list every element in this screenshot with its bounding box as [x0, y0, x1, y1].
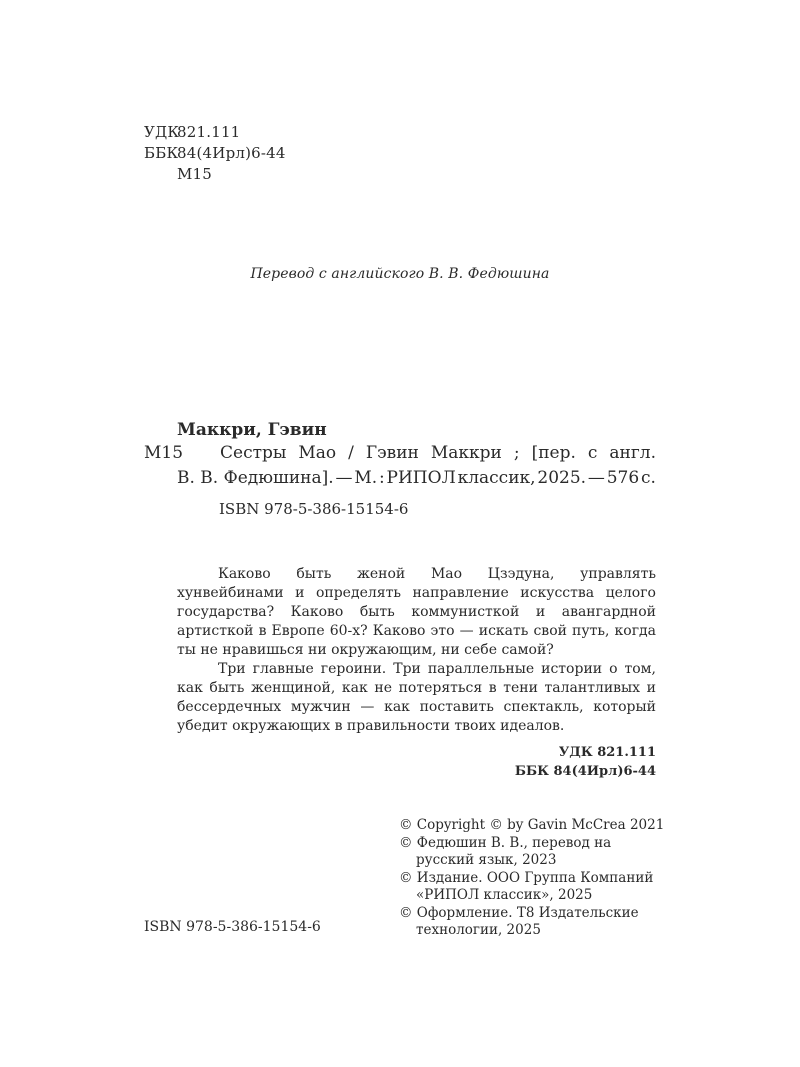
bibliographic-line-2: В. В. Федюшина].—М.:РИПОЛклассик,2025.—5…: [177, 468, 656, 488]
bibliographic-line-1: СестрыМао/ГэвинМаккри;[пер.сангл.: [220, 443, 656, 463]
copyright-original: © Copyright © by Gavin McCrea 2021: [399, 817, 669, 835]
bib-word: Мао: [298, 443, 336, 463]
isbn-bottom: ISBN 978-5-386-15154-6: [144, 919, 321, 935]
copyright-block: © Copyright © by Gavin McCrea 2021 © Фед…: [399, 817, 669, 940]
bib-word: :: [379, 468, 385, 488]
bib-word: М.: [354, 468, 377, 488]
annotation-paragraph-1: Каково быть женой Мао Цзэдуна, управлять…: [177, 565, 656, 660]
bib-word: ;: [514, 443, 520, 463]
author-mark-top: М15: [177, 164, 212, 185]
bib-word: Сестры: [220, 443, 286, 463]
bib-word: В. В. Федюшина].: [177, 468, 334, 488]
annotation-paragraph-2: Три главные героини. Три параллельные ис…: [177, 660, 656, 736]
bib-word: /: [348, 443, 354, 463]
bib-word: англ.: [609, 443, 656, 463]
bib-word: 2025.: [537, 468, 586, 488]
udk-value: 821.111: [177, 122, 240, 143]
bib-word: 576: [607, 468, 639, 488]
copyright-translation: © Федюшин В. В., перевод на русский язык…: [399, 835, 669, 870]
copyright-design: © Оформление. Т8 Издательские технологии…: [399, 905, 669, 940]
bib-word: Гэвин: [366, 443, 419, 463]
bib-word: —: [588, 468, 605, 488]
author-heading: Маккри, Гэвин: [177, 420, 327, 440]
isbn-record: ISBN 978-5-386-15154-6: [219, 500, 408, 518]
bib-word: классик,: [458, 468, 536, 488]
udk-bottom: УДК 821.111: [559, 743, 656, 762]
bbk-label: ББК: [144, 143, 178, 164]
translator-note: Перевод с английского В. В. Федюшина: [0, 266, 800, 282]
bib-word: Маккри: [431, 443, 502, 463]
annotation: Каково быть женой Мао Цзэдуна, управлять…: [177, 565, 656, 736]
bib-word: с: [588, 443, 598, 463]
bib-word: с.: [641, 468, 656, 488]
bib-word: [пер.: [532, 443, 576, 463]
copyright-edition: © Издание. ООО Группа Компаний «РИПОЛ кл…: [399, 870, 669, 905]
udk-label: УДК: [144, 122, 179, 143]
bib-word: РИПОЛ: [387, 468, 456, 488]
bbk-bottom: ББК 84(4Ирл)6-44: [515, 762, 656, 781]
bbk-value: 84(4Ирл)6-44: [177, 143, 286, 164]
bib-word: —: [336, 468, 353, 488]
author-mark: М15: [144, 443, 183, 463]
